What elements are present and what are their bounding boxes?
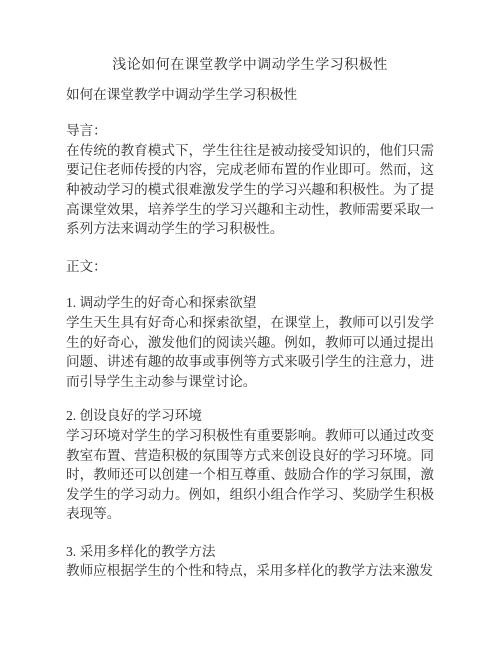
section-methods: 3. 采用多样化的教学方法 教师应根据学生的个性和特点，采用多样化的教学方法来激… [66,542,434,581]
intro-paragraph: 在传统的教育模式下，学生往往是被动接受知识的，他们只需要记住老师传授的内容，完成… [66,141,434,239]
section-curiosity-heading: 1. 调动学生的好奇心和探索欲望 [66,293,434,313]
intro-label: 导言： [66,121,434,141]
section-curiosity: 1. 调动学生的好奇心和探索欲望 学生天生具有好奇心和探索欲望，在课堂上，教师可… [66,293,434,391]
section-environment-paragraph: 学习环境对学生的学习积极性有重要影响。教师可以通过改变教室布置、营造积极的氛围等… [66,426,434,524]
section-methods-paragraph: 教师应根据学生的个性和特点，采用多样化的教学方法来激发 [66,561,434,581]
section-environment: 2. 创设良好的学习环境 学习环境对学生的学习积极性有重要影响。教师可以通过改变… [66,406,434,524]
section-environment-heading: 2. 创设良好的学习环境 [66,406,434,426]
document-page: 浅论如何在课堂教学中调动学生学习积极性 如何在课堂教学中调动学生学习积极性 导言… [0,0,500,647]
section-curiosity-paragraph: 学生天生具有好奇心和探索欲望，在课堂上，教师可以引发学生的好奇心，激发他们的阅读… [66,313,434,391]
document-title: 浅论如何在课堂教学中调动学生学习积极性 [66,56,434,76]
section-methods-heading: 3. 采用多样化的教学方法 [66,542,434,562]
body-label: 正文： [66,257,434,277]
document-subtitle: 如何在课堂教学中调动学生学习积极性 [66,85,434,105]
